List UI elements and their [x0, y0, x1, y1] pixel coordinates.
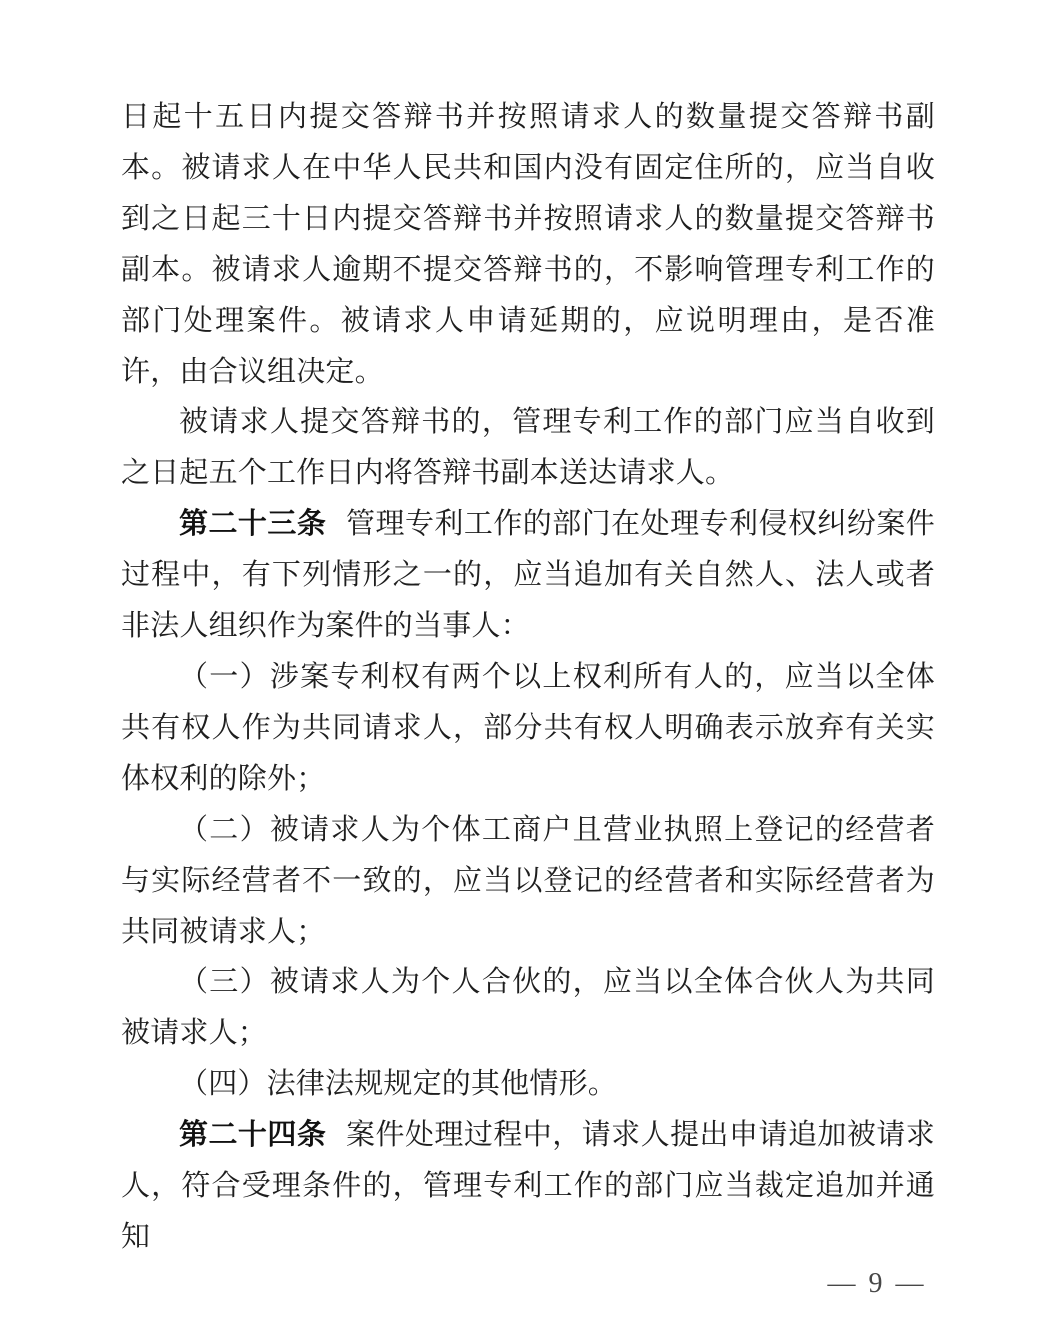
- paragraph-text: （二）被请求人为个体工商户且营业执照上登记的经营者与实际经营者不一致的，应当以登…: [121, 814, 935, 948]
- paragraph-text: 被请求人提交答辩书的，管理专利工作的部门应当自收到之日起五个工作日内将答辩书副本…: [121, 406, 935, 489]
- article-number-24: 第二十四条: [179, 1119, 326, 1151]
- paragraph-item-4: （四）法律法规规定的其他情形。: [121, 1059, 935, 1110]
- paragraph-text: （一）涉案专利权有两个以上权利所有人的，应当以全体共有权人作为共同请求人，部分共…: [121, 661, 935, 795]
- paragraph-article-23: 第二十三条管理专利工作的部门在处理专利侵权纠纷案件过程中，有下列情形之一的，应当…: [121, 499, 935, 652]
- paragraph-item-1: （一）涉案专利权有两个以上权利所有人的，应当以全体共有权人作为共同请求人，部分共…: [121, 652, 935, 805]
- paragraph-continuation: 日起十五日内提交答辩书并按照请求人的数量提交答辩书副本。被请求人在中华人民共和国…: [121, 92, 935, 397]
- document-page: 日起十五日内提交答辩书并按照请求人的数量提交答辩书副本。被请求人在中华人民共和国…: [0, 0, 1061, 1340]
- paragraph-item-3: （三）被请求人为个人合伙的，应当以全体合伙人为共同被请求人；: [121, 957, 935, 1059]
- paragraph-item-2: （二）被请求人为个体工商户且营业执照上登记的经营者与实际经营者不一致的，应当以登…: [121, 805, 935, 958]
- paragraph-text: 日起十五日内提交答辩书并按照请求人的数量提交答辩书副本。被请求人在中华人民共和国…: [121, 101, 935, 388]
- article-number-23: 第二十三条: [179, 508, 326, 540]
- paragraph: 被请求人提交答辩书的，管理专利工作的部门应当自收到之日起五个工作日内将答辩书副本…: [121, 397, 935, 499]
- paragraph-text: （三）被请求人为个人合伙的，应当以全体合伙人为共同被请求人；: [121, 966, 935, 1049]
- document-body: 日起十五日内提交答辩书并按照请求人的数量提交答辩书副本。被请求人在中华人民共和国…: [121, 92, 935, 1263]
- paragraph-text: （四）法律法规规定的其他情形。: [179, 1068, 617, 1100]
- paragraph-article-24: 第二十四条案件处理过程中，请求人提出申请追加被请求人，符合受理条件的，管理专利工…: [121, 1110, 935, 1263]
- page-number: — 9 —: [777, 1266, 977, 1302]
